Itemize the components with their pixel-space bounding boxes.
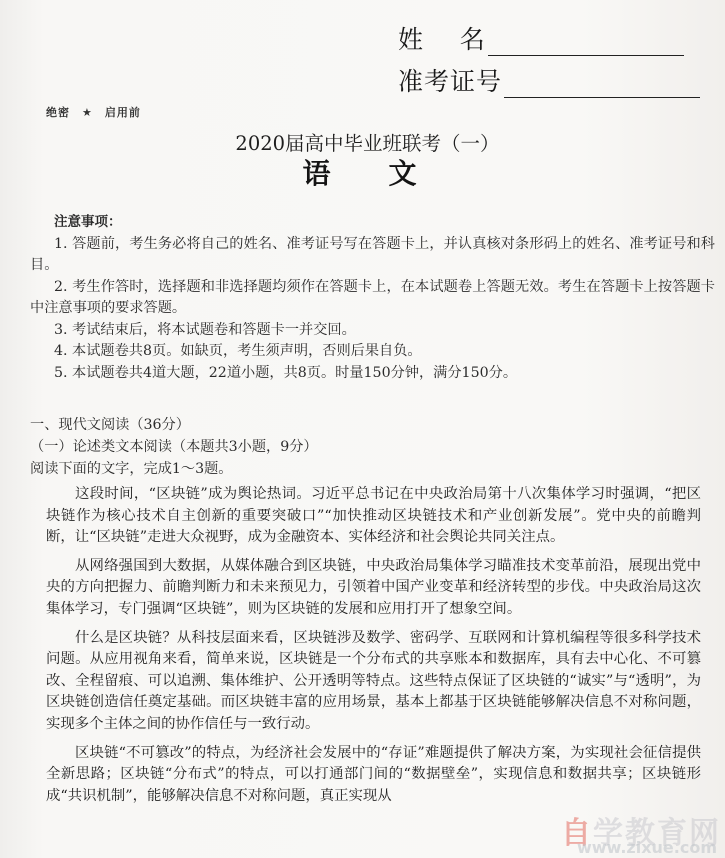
passage-paragraph: 从网络强国到大数据，从媒体融合到区块链，中央政治局集体学习瞄准技术变革前沿，展现…	[46, 556, 701, 621]
passage-paragraph: 什么是区块链？从科技层面来看，区块链涉及数学、密码学、互联网和计算机编程等很多科…	[46, 628, 701, 736]
section-instruction: 阅读下面的文字，完成1～3题。	[30, 459, 715, 481]
secrecy-marker: 绝密★启用前	[46, 104, 141, 120]
section-heading: 一、现代文阅读（36分）	[30, 415, 715, 437]
notes-item: 5. 本试题卷共4道大题，22道小题，共8页。时量150分钟，满分150分。	[30, 363, 715, 385]
section-subheading: （一）论述类文本阅读（本题共3小题，9分）	[30, 437, 715, 459]
star-icon: ★	[82, 106, 93, 119]
notes-title: 注意事项：	[30, 212, 715, 234]
exam-id-blank-line	[504, 76, 700, 98]
exam-page: 姓 名 准考证号 绝密★启用前 2020届高中毕业班联考（一） 语文 注意事项：…	[0, 0, 725, 858]
watermark-url: www.zixue.com	[577, 838, 717, 857]
exam-id-label: 准考证号	[398, 62, 502, 98]
name-label: 姓 名	[398, 20, 486, 56]
notes-item: 4. 本试题卷共8页。如缺页，考生须声明，否则后果自负。	[30, 341, 715, 363]
reading-passage: 这段时间，“区块链”成为舆论热词。习近平总书记在中央政治局第十八次集体学习时强调…	[46, 484, 701, 814]
secrecy-right-text: 启用前	[105, 106, 141, 119]
passage-paragraph: 这段时间，“区块链”成为舆论热词。习近平总书记在中央政治局第十八次集体学习时强调…	[46, 484, 701, 549]
notes-item: 2. 考生作答时，选择题和非选择题均须作在答题卡上，在本试题卷上答题无效。考生在…	[30, 277, 715, 320]
subject-title: 语文	[0, 152, 725, 192]
secrecy-left-text: 绝密	[46, 106, 70, 119]
exam-id-field-row: 准考证号	[398, 62, 700, 98]
name-blank-line	[488, 34, 684, 56]
notes-item: 1. 答题前，考生务必将自己的姓名、准考证号写在答题卡上，并认真核对条形码上的姓…	[30, 234, 715, 277]
notes-section: 注意事项： 1. 答题前，考生务必将自己的姓名、准考证号写在答题卡上，并认真核对…	[30, 212, 715, 384]
passage-paragraph: 区块链“不可篡改”的特点，为经济社会发展中的“存证”难题提供了解决方案，为实现社…	[46, 743, 701, 808]
name-field-row: 姓 名	[398, 20, 684, 56]
notes-item: 3. 考试结束后，将本试题卷和答题卡一并交回。	[30, 320, 715, 342]
